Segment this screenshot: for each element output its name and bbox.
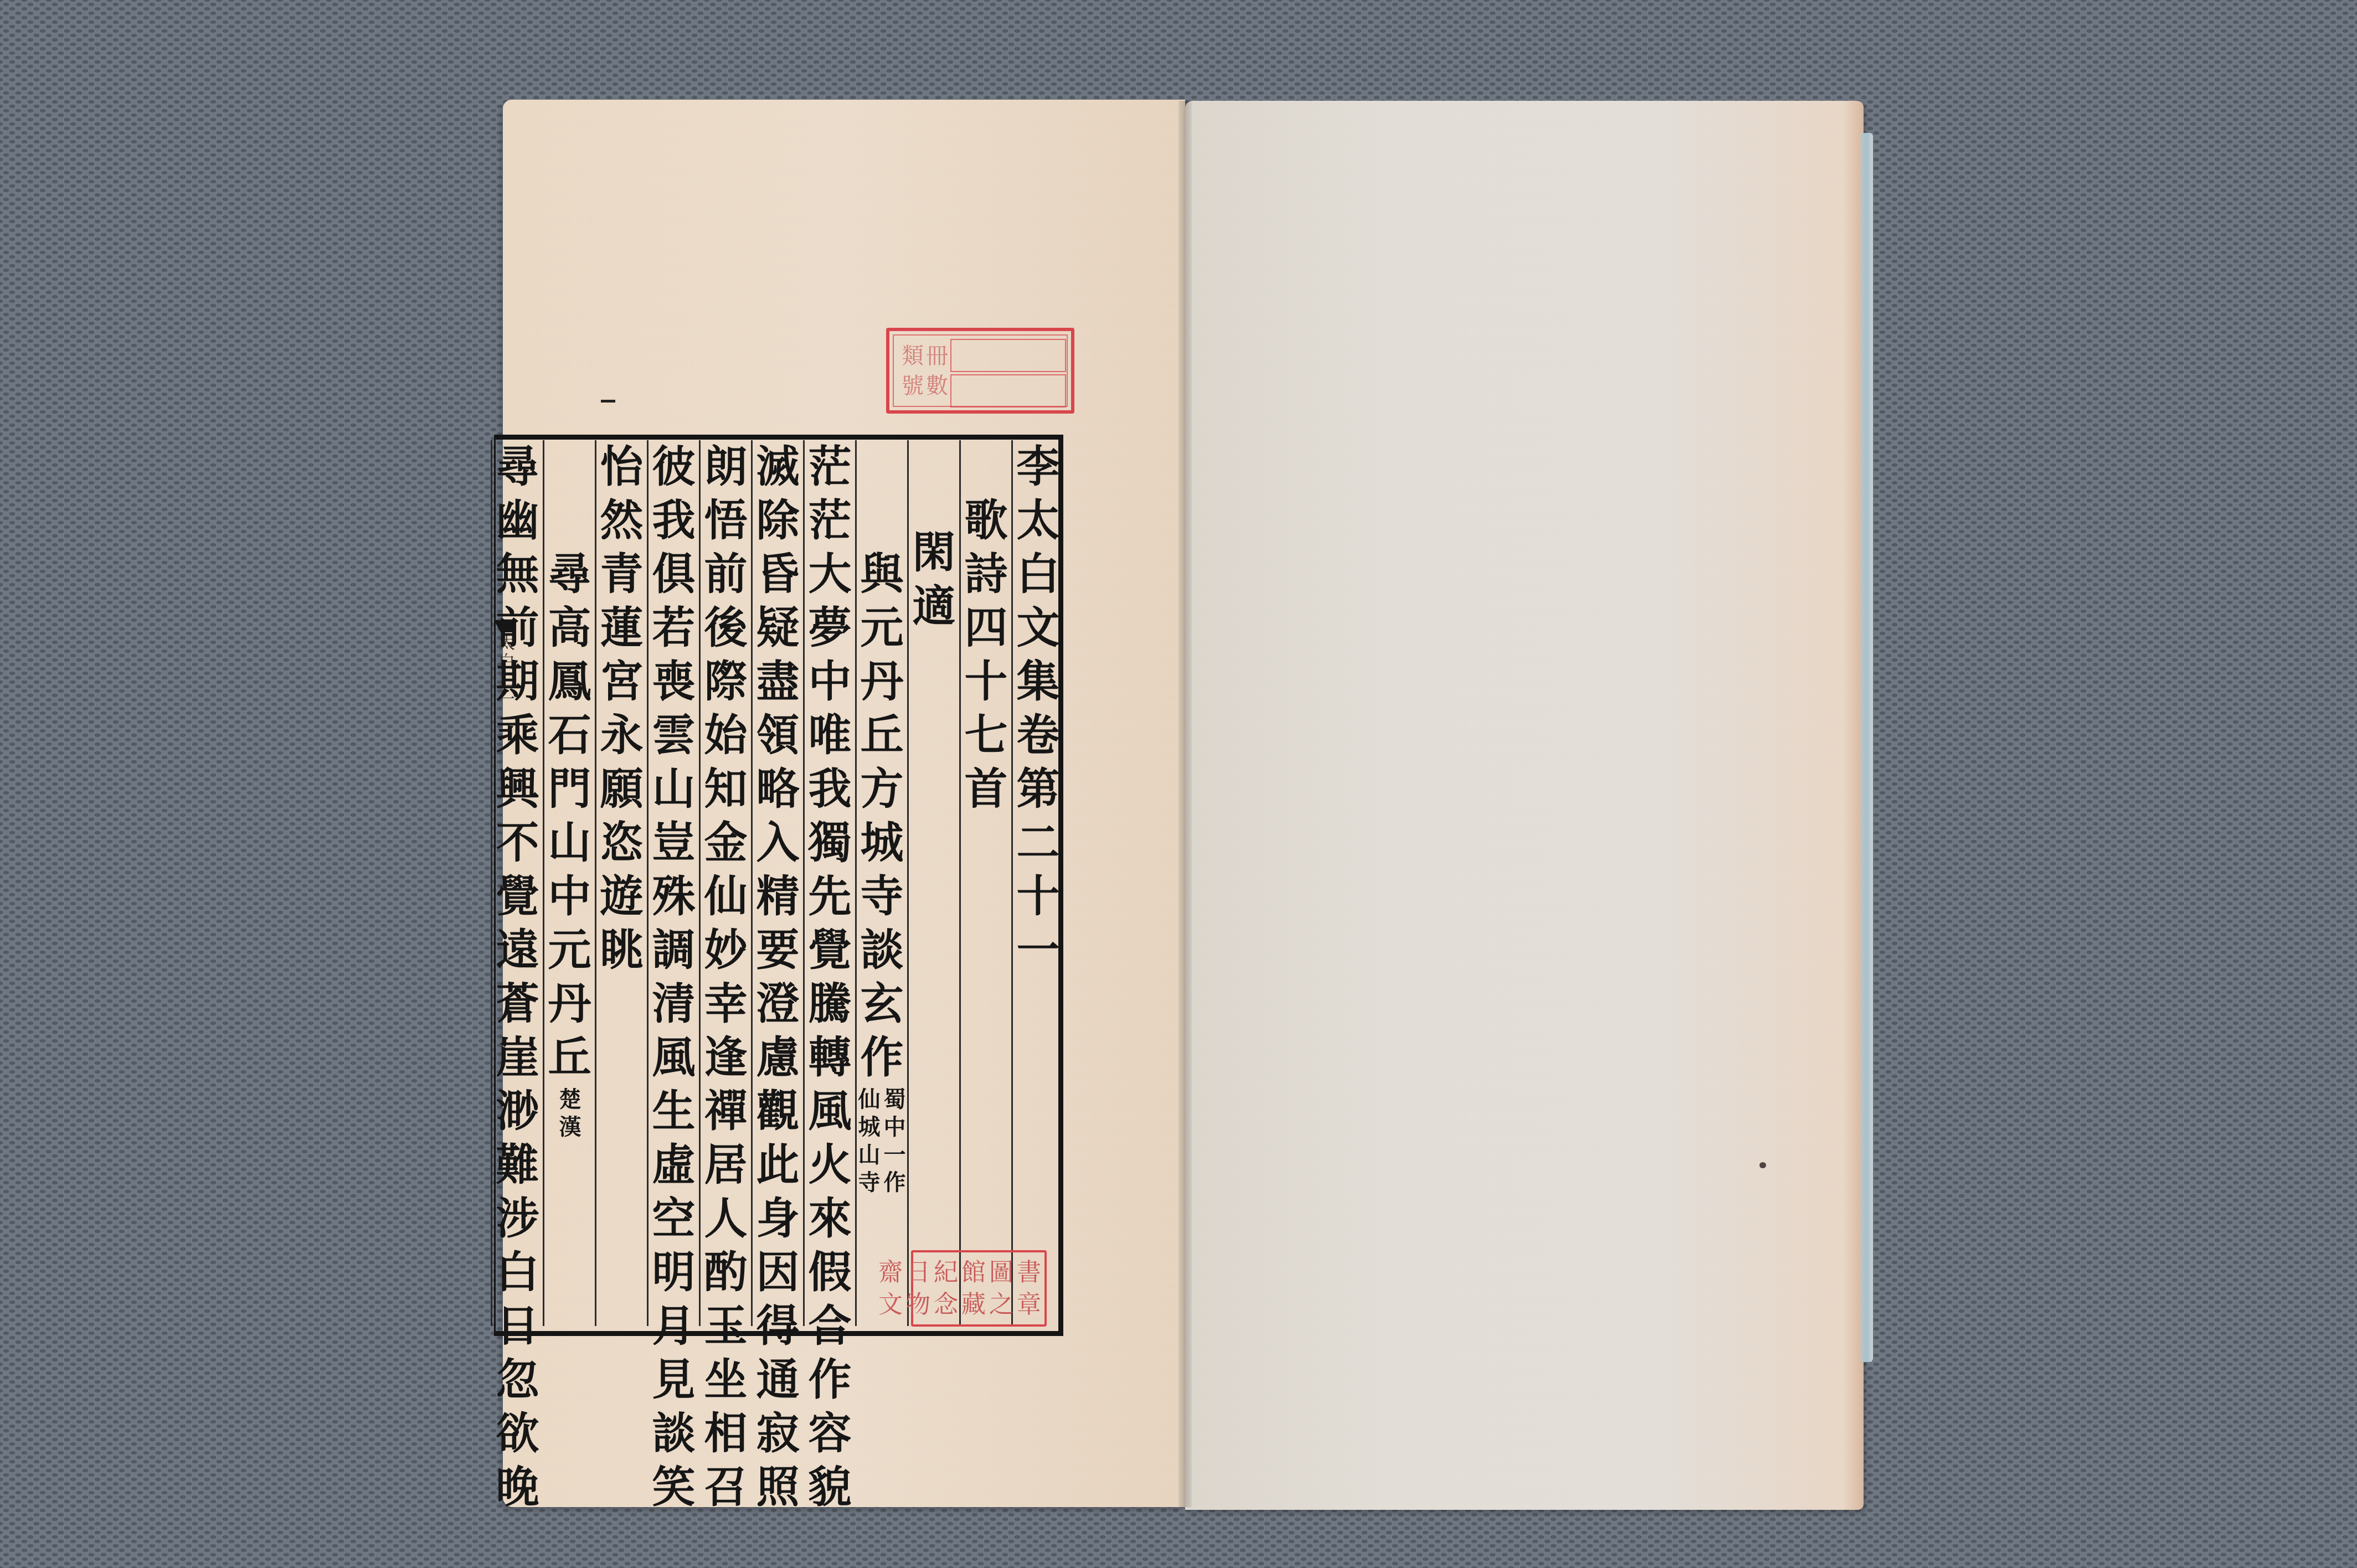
note-character: 仙 [857,1086,882,1113]
character: 歌 [960,494,1012,548]
character: 幽 [492,494,544,548]
character: 遠 [492,924,544,977]
character: 此 [752,1138,804,1192]
seal-column: 書章 [1017,1257,1041,1320]
character: 玄 [856,977,908,1031]
seal-character: 念 [934,1289,958,1321]
character: 明 [648,1246,700,1299]
character: 太 [1012,494,1064,548]
character: 通 [752,1353,804,1407]
character: 照 [752,1461,804,1514]
note-character: 楚 [558,1086,583,1113]
character: 崖 [492,1031,544,1085]
character: 詩 [960,548,1012,601]
character: 談 [856,924,908,977]
character: 乘 [492,709,544,762]
character: 滅 [752,440,804,494]
character: 酌 [700,1246,752,1299]
blue-cover-edge [1861,133,1873,1362]
character: 朗 [700,440,752,494]
character: 風 [804,1085,856,1138]
character: 金 [700,816,752,870]
stamp-blank-box-volumes [950,339,1066,372]
character: 白 [1012,548,1064,601]
character: 二 [1012,816,1064,870]
seal-character: 藏 [961,1289,986,1321]
character: 方 [856,762,908,816]
character: 中 [544,870,596,924]
character: 眺 [596,924,648,977]
book-gutter [1179,101,1192,1507]
character: 忽 [492,1353,544,1407]
library-stamp-top: 冊數類號 [886,328,1074,414]
character: 日 [492,1299,544,1353]
character: 我 [648,494,700,548]
character: 怡 [596,440,648,494]
character: 大 [804,548,856,601]
character: 入 [752,816,804,870]
character: 寺 [856,870,908,924]
character: 丘 [544,1031,596,1085]
collector-seal-bottom: 書章圖之館藏紀念日物齋文 [911,1250,1047,1327]
character: 昏 [752,548,804,601]
seal-column: 類號 [902,341,924,405]
ink-spot [1759,1162,1766,1168]
character: 相 [700,1407,752,1461]
character: 永 [596,709,648,762]
character: 高 [544,601,596,655]
character: 願 [596,762,648,816]
stamp-blank-box-class [950,374,1066,408]
character: 空 [648,1192,700,1246]
note-column-left: 仙城山寺 [857,1086,882,1196]
character: 因 [752,1246,804,1299]
character: 容 [804,1407,856,1461]
character: 悟 [700,494,752,548]
character: 要 [752,924,804,977]
character: 騰 [804,977,856,1031]
character: 觀 [752,1085,804,1138]
note-character: 寺 [857,1169,882,1196]
seal-character: 之 [989,1289,1013,1321]
character: 涉 [492,1192,544,1246]
seal-character: 書 [1017,1257,1041,1289]
character: 集 [1012,655,1064,709]
character: 慮 [752,1031,804,1085]
character: 除 [752,494,804,548]
character: 彼 [648,440,700,494]
character: 火 [804,1138,856,1192]
character: 略 [752,762,804,816]
character: 疑 [752,601,804,655]
text-column-poem1-line4: 彼我俱若喪雲山豈殊調清風生虛空明月見談笑 [647,440,699,1326]
character: 我 [804,762,856,816]
text-column-subtitle: 歌詩四十七首 [959,440,1011,1326]
text-column-category: 閑適 [907,440,959,1326]
character: 合 [804,1299,856,1353]
note-column-right: 楚漢 [558,1086,583,1141]
character: 玉 [700,1299,752,1353]
character: 夢 [804,601,856,655]
character: 城 [856,816,908,870]
character: 盡 [752,655,804,709]
text-column-poem1-line1: 茫茫大夢中唯我獨先覺騰轉風火來假合作容貌 [803,440,855,1326]
character: 十 [960,655,1012,709]
character: 笑 [648,1461,700,1514]
character: 寂 [752,1407,804,1461]
character: 逢 [700,1031,752,1085]
seal-column: 館藏 [961,1257,986,1320]
seal-character: 文 [878,1289,903,1321]
right-page-blank [1185,101,1864,1510]
note-character: 漢 [558,1113,583,1141]
character: 精 [752,870,804,924]
character: 假 [804,1246,856,1299]
seal-character: 日 [906,1257,930,1289]
character: 作 [856,1031,908,1085]
character: 卷 [1012,709,1064,762]
character: 閑 [908,526,960,580]
seal-character: 物 [906,1289,930,1321]
character: 七 [960,709,1012,762]
character: 不 [492,816,544,870]
character: 山 [648,762,700,816]
character: 白 [492,1246,544,1299]
character: 蓮 [596,601,648,655]
character: 渺 [492,1085,544,1138]
character: 俱 [648,548,700,601]
character: 後 [700,601,752,655]
character: 鳳 [544,655,596,709]
character: 生 [648,1085,700,1138]
character: 妙 [700,924,752,977]
character: 門 [544,762,596,816]
note-character: 城 [857,1113,882,1141]
seal-character: 館 [961,1257,986,1289]
character: 雲 [648,709,700,762]
character: 宮 [596,655,648,709]
character: 尋 [492,440,544,494]
character: 際 [700,655,752,709]
character: 始 [700,709,752,762]
note-character: 蜀 [883,1086,907,1113]
character: 獨 [804,816,856,870]
character: 四 [960,601,1012,655]
interlinear-note: 楚漢 [557,1086,583,1141]
character: 貌 [804,1461,856,1514]
character: 召 [700,1461,752,1514]
stray-ink-mark [601,400,615,403]
character: 清 [648,977,700,1031]
character: 山 [544,816,596,870]
text-column-poem2-title: 尋高鳳石門山中元丹丘楚漢 [543,440,595,1326]
character: 丹 [856,655,908,709]
character: 喪 [648,655,700,709]
text-column-poem1-line2: 滅除昏疑盡領略入精要澄慮觀此身因得通寂照 [751,440,803,1326]
character: 殊 [648,870,700,924]
character: 幸 [700,977,752,1031]
character: 首 [960,762,1012,816]
character: 人 [700,1192,752,1246]
text-column-poem1-line5: 怡然青蓮宮永願恣遊眺 [595,440,647,1326]
character: 領 [752,709,804,762]
note-character: 一 [883,1141,907,1169]
character: 無 [492,548,544,601]
seal-character: 冊 [926,341,948,371]
character: 晚 [492,1461,544,1514]
character: 前 [492,601,544,655]
character: 茫 [804,440,856,494]
seal-character: 類 [902,341,924,371]
note-character: 山 [857,1141,882,1169]
character: 知 [700,762,752,816]
seal-character: 數 [926,371,948,401]
character: 尋 [544,548,596,601]
character: 唯 [804,709,856,762]
character: 元 [856,601,908,655]
seal-column: 圖之 [989,1257,1013,1320]
character: 談 [648,1407,700,1461]
character: 豈 [648,816,700,870]
character: 茫 [804,494,856,548]
character: 蒼 [492,977,544,1031]
character: 與 [856,548,908,601]
character: 禪 [700,1085,752,1138]
text-column-poem1-title: 與元丹丘方城寺談玄作蜀中一作仙城山寺 [855,440,907,1326]
character: 若 [648,601,700,655]
character: 澄 [752,977,804,1031]
character: 轉 [804,1031,856,1085]
text-column-title: 李太白文集卷第二十一 [1011,440,1063,1326]
character: 丹 [544,977,596,1031]
character: 覺 [804,924,856,977]
seal-column: 日物 [906,1257,930,1320]
character: 中 [804,655,856,709]
character: 恣 [596,816,648,870]
note-character: 作 [883,1169,907,1196]
seal-character: 章 [1017,1289,1041,1321]
character: 然 [596,494,648,548]
character: 虛 [648,1138,700,1192]
character: 覺 [492,870,544,924]
character: 十 [1012,870,1064,924]
character: 身 [752,1192,804,1246]
text-column-poem1-line3: 朗悟前後際始知金仙妙幸逢禪居人酌玉坐相召 [699,440,751,1326]
seal-character: 紀 [934,1257,958,1289]
seal-character: 齋 [878,1257,903,1289]
text-column-poem2-line1: 尋幽無前期乘興不覺遠蒼崖渺難涉白日忽欲晚 [491,440,543,1326]
character: 遊 [596,870,648,924]
character: 期 [492,655,544,709]
seal-column: 冊數 [926,341,948,405]
character: 居 [700,1138,752,1192]
character: 文 [1012,601,1064,655]
character: 作 [804,1353,856,1407]
character: 風 [648,1031,700,1085]
interlinear-note: 蜀中一作仙城山寺 [857,1086,907,1196]
seal-character: 圖 [989,1257,1013,1289]
character: 李 [1012,440,1064,494]
character: 仙 [700,870,752,924]
character: 調 [648,924,700,977]
seal-column: 紀念 [934,1257,958,1320]
character: 青 [596,548,648,601]
character: 欲 [492,1407,544,1461]
character: 丘 [856,709,908,762]
character: 難 [492,1138,544,1192]
note-column-right: 蜀中一作 [883,1086,907,1196]
character: 適 [908,580,960,633]
character: 石 [544,709,596,762]
stamp-chars: 冊數類號 [898,341,948,405]
character: 見 [648,1353,700,1407]
seal-character: 號 [902,371,924,401]
note-character: 中 [883,1113,907,1141]
character: 第 [1012,762,1064,816]
character: 前 [700,548,752,601]
character: 來 [804,1192,856,1246]
character: 興 [492,762,544,816]
character: 元 [544,924,596,977]
character: 先 [804,870,856,924]
seal-column: 齋文 [878,1257,903,1320]
character: 坐 [700,1353,752,1407]
character: 得 [752,1299,804,1353]
character: 月 [648,1299,700,1353]
character: 一 [1012,924,1064,977]
